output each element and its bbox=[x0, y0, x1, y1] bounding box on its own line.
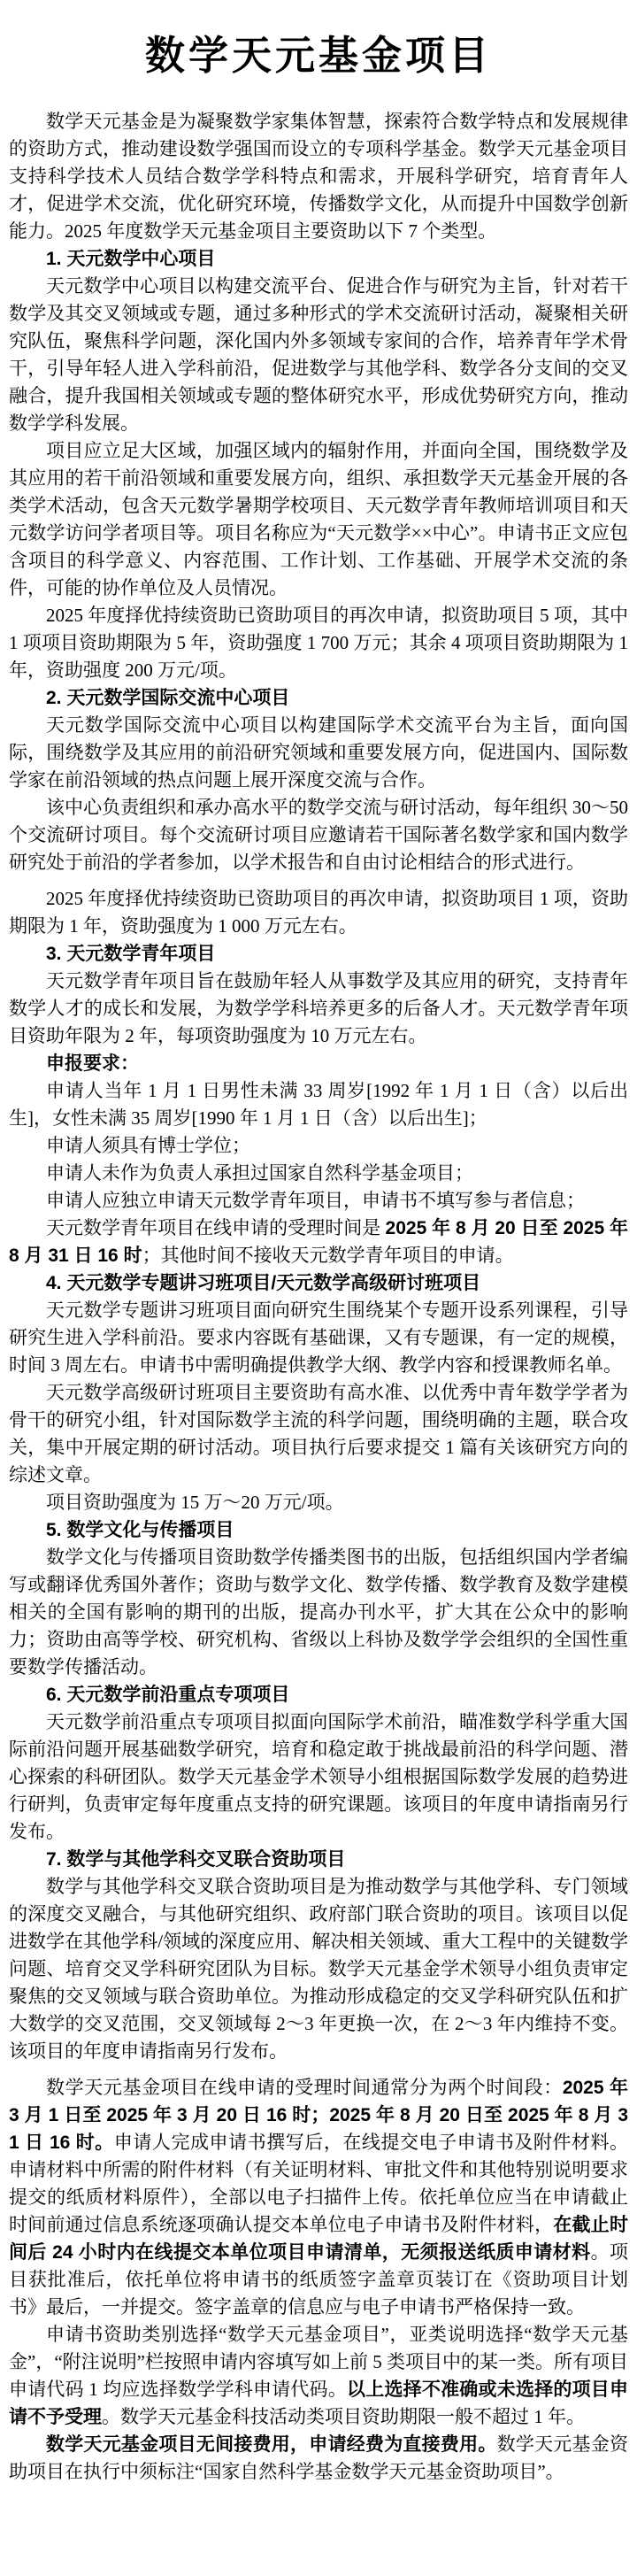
text-run: 天元数学国际交流中心项目以构建国际学术交流平台为主旨，面向国际，围绕数学及其应用… bbox=[9, 714, 628, 791]
paragraph: 数学文化与传播项目资助数学传播类图书的出版，包括组织国内学者编写或翻译优秀国外著… bbox=[9, 1544, 628, 1681]
text-run: 项目应立足大区域，加强区域内的辐射作用，并面向全国，围绕数学及其应用的若干前沿领… bbox=[9, 440, 628, 598]
paragraph: 申请人应独立申请天元数学青年项目，申请书不填写参与者信息； bbox=[9, 1187, 628, 1215]
document-page: 数学天元基金项目 数学天元基金是为凝聚数学家集体智慧，探索符合数学特点和发展规律… bbox=[0, 0, 637, 2576]
text-run: 数学与其他学科交叉联合资助项目是为推动数学与其他学科、专门领域的深度交叉融合，与… bbox=[9, 1876, 628, 2062]
section-heading: 5. 数学文化与传播项目 bbox=[9, 1516, 628, 1544]
paragraph: 天元数学青年项目旨在鼓励年轻人从事数学及其应用的研究，支持青年数学人才的成长和发… bbox=[9, 968, 628, 1050]
paragraph: 天元数学专题讲习班项目面向研究生围绕某个专题开设系列课程，引导研究生进入学科前沿… bbox=[9, 1297, 628, 1379]
document-body: 数学天元基金是为凝聚数学家集体智慧，探索符合数学特点和发展规律的资助方式，推动建… bbox=[9, 108, 628, 2486]
text-run: 申请人应独立申请天元数学青年项目，申请书不填写参与者信息； bbox=[46, 1190, 585, 1211]
paragraph: 2025 年度择优持续资助已资助项目的再次申请，拟资助项目 1 项，资助期限为 … bbox=[9, 885, 628, 940]
text-run: 申请人当年 1 月 1 日男性未满 33 周岁[1992 年 1 月 1 日（含… bbox=[9, 1080, 628, 1129]
bold-text-run: 7. 数学与其他学科交叉联合资助项目 bbox=[46, 1849, 345, 1870]
text-run: 数学文化与传播项目资助数学传播类图书的出版，包括组织国内学者编写或翻译优秀国外著… bbox=[9, 1546, 628, 1677]
paragraph: 该中心负责组织和承办高水平的数学交流与研讨活动，每年组织 30～50 个交流研讨… bbox=[9, 794, 628, 876]
bold-text-run: 数学天元基金项目无间接费用，申请经费为直接费用。 bbox=[46, 2434, 497, 2455]
text-run: 申请人未作为负责人承担过国家自然科学基金项目； bbox=[46, 1162, 473, 1184]
bold-text-run: 1. 天元数学中心项目 bbox=[46, 249, 215, 269]
paragraph: 项目应立足大区域，加强区域内的辐射作用，并面向全国，围绕数学及其应用的若干前沿领… bbox=[9, 437, 628, 602]
section-heading: 1. 天元数学中心项目 bbox=[9, 245, 628, 273]
section-heading: 申报要求： bbox=[9, 1050, 628, 1077]
bold-text-run: 4. 天元数学专题讲习班项目/天元数学高级研讨班项目 bbox=[46, 1273, 480, 1293]
text-run: ；其他时间不接收天元数学青年项目的申请。 bbox=[142, 1245, 514, 1266]
page-title: 数学天元基金项目 bbox=[9, 30, 628, 81]
bold-text-run: 6. 天元数学前沿重点专项项目 bbox=[46, 1685, 289, 1705]
text-run: 。数学天元基金科技活动类项目资助期限一般不超过 1 年。 bbox=[102, 2406, 585, 2427]
section-heading: 7. 数学与其他学科交叉联合资助项目 bbox=[9, 1846, 628, 1873]
text-run: 项目资助强度为 15 万～20 万元/项。 bbox=[46, 1492, 344, 1513]
bold-text-run: 申报要求： bbox=[46, 1053, 139, 1074]
text-run: 数学天元基金是为凝聚数学家集体智慧，探索符合数学特点和发展规律的资助方式，推动建… bbox=[9, 111, 628, 242]
paragraph: 数学天元基金项目无间接费用，申请经费为直接费用。数学天元基金资助项目在执行中须标… bbox=[9, 2431, 628, 2486]
text-run: 天元数学青年项目旨在鼓励年轻人从事数学及其应用的研究，支持青年数学人才的成长和发… bbox=[9, 970, 628, 1046]
paragraph: 数学与其他学科交叉联合资助项目是为推动数学与其他学科、专门领域的深度交叉融合，与… bbox=[9, 1873, 628, 2065]
paragraph: 申请人未作为负责人承担过国家自然科学基金项目； bbox=[9, 1160, 628, 1187]
paragraph: 天元数学中心项目以构建交流平台、促进合作与研究为主旨，针对若干数学及其交叉领域或… bbox=[9, 273, 628, 437]
text-run: 申请人须具有博士学位； bbox=[46, 1135, 250, 1156]
paragraph: 申请人须具有博士学位； bbox=[9, 1132, 628, 1160]
paragraph: 申请人当年 1 月 1 日男性未满 33 周岁[1992 年 1 月 1 日（含… bbox=[9, 1077, 628, 1132]
text-run: 天元数学中心项目以构建交流平台、促进合作与研究为主旨，针对若干数学及其交叉领域或… bbox=[9, 275, 628, 434]
text-run: 数学天元基金项目在线申请的受理时间通常分为两个时间段： bbox=[46, 2077, 563, 2098]
text-run: 天元数学专题讲习班项目面向研究生围绕某个专题开设系列课程，引导研究生进入学科前沿… bbox=[9, 1300, 628, 1376]
text-run: 2025 年度择优持续资助已资助项目的再次申请，拟资助项目 1 项，资助期限为 … bbox=[9, 888, 628, 937]
section-heading: 6. 天元数学前沿重点专项项目 bbox=[9, 1681, 628, 1708]
paragraph: 项目资助强度为 15 万～20 万元/项。 bbox=[9, 1489, 628, 1516]
paragraph: 数学天元基金是为凝聚数学家集体智慧，探索符合数学特点和发展规律的资助方式，推动建… bbox=[9, 108, 628, 245]
paragraph: 2025 年度择优持续资助已资助项目的再次申请，拟资助项目 5 项，其中 1 项… bbox=[9, 602, 628, 684]
text-run: 天元数学高级研讨班项目主要资助有高水准、以优秀中青年数学学者为骨干的研究小组，针… bbox=[9, 1382, 628, 1485]
text-run: 2025 年度择优持续资助已资助项目的再次申请，拟资助项目 5 项，其中 1 项… bbox=[9, 605, 628, 681]
paragraph: 申请书资助类别选择“数学天元基金项目”，亚类说明选择“数学天元基金”，“附注说明… bbox=[9, 2321, 628, 2431]
text-run: 天元数学青年项目在线申请的受理时间是 bbox=[46, 1217, 386, 1238]
bold-text-run: 5. 数学文化与传播项目 bbox=[46, 1520, 234, 1540]
section-heading: 3. 天元数学青年项目 bbox=[9, 940, 628, 968]
section-heading: 2. 天元数学国际交流中心项目 bbox=[9, 684, 628, 712]
paragraph: 天元数学国际交流中心项目以构建国际学术交流平台为主旨，面向国际，围绕数学及其应用… bbox=[9, 712, 628, 794]
text-run: 该中心负责组织和承办高水平的数学交流与研讨活动，每年组织 30～50 个交流研讨… bbox=[9, 797, 628, 873]
paragraph: 天元数学青年项目在线申请的受理时间是 2025 年 8 月 20 日至 2025… bbox=[9, 1215, 628, 1269]
paragraph: 天元数学高级研讨班项目主要资助有高水准、以优秀中青年数学学者为骨干的研究小组，针… bbox=[9, 1379, 628, 1489]
section-heading: 4. 天元数学专题讲习班项目/天元数学高级研讨班项目 bbox=[9, 1269, 628, 1297]
bold-text-run: 2. 天元数学国际交流中心项目 bbox=[46, 688, 289, 708]
text-run: 天元数学前沿重点专项项目拟面向国际学术前沿，瞄准数学科学重大国际前沿问题开展基础… bbox=[9, 1711, 628, 1842]
paragraph: 天元数学前沿重点专项项目拟面向国际学术前沿，瞄准数学科学重大国际前沿问题开展基础… bbox=[9, 1708, 628, 1846]
paragraph: 数学天元基金项目在线申请的受理时间通常分为两个时间段：2025 年 3 月 1 … bbox=[9, 2074, 628, 2321]
bold-text-run: 3. 天元数学青年项目 bbox=[46, 944, 215, 964]
